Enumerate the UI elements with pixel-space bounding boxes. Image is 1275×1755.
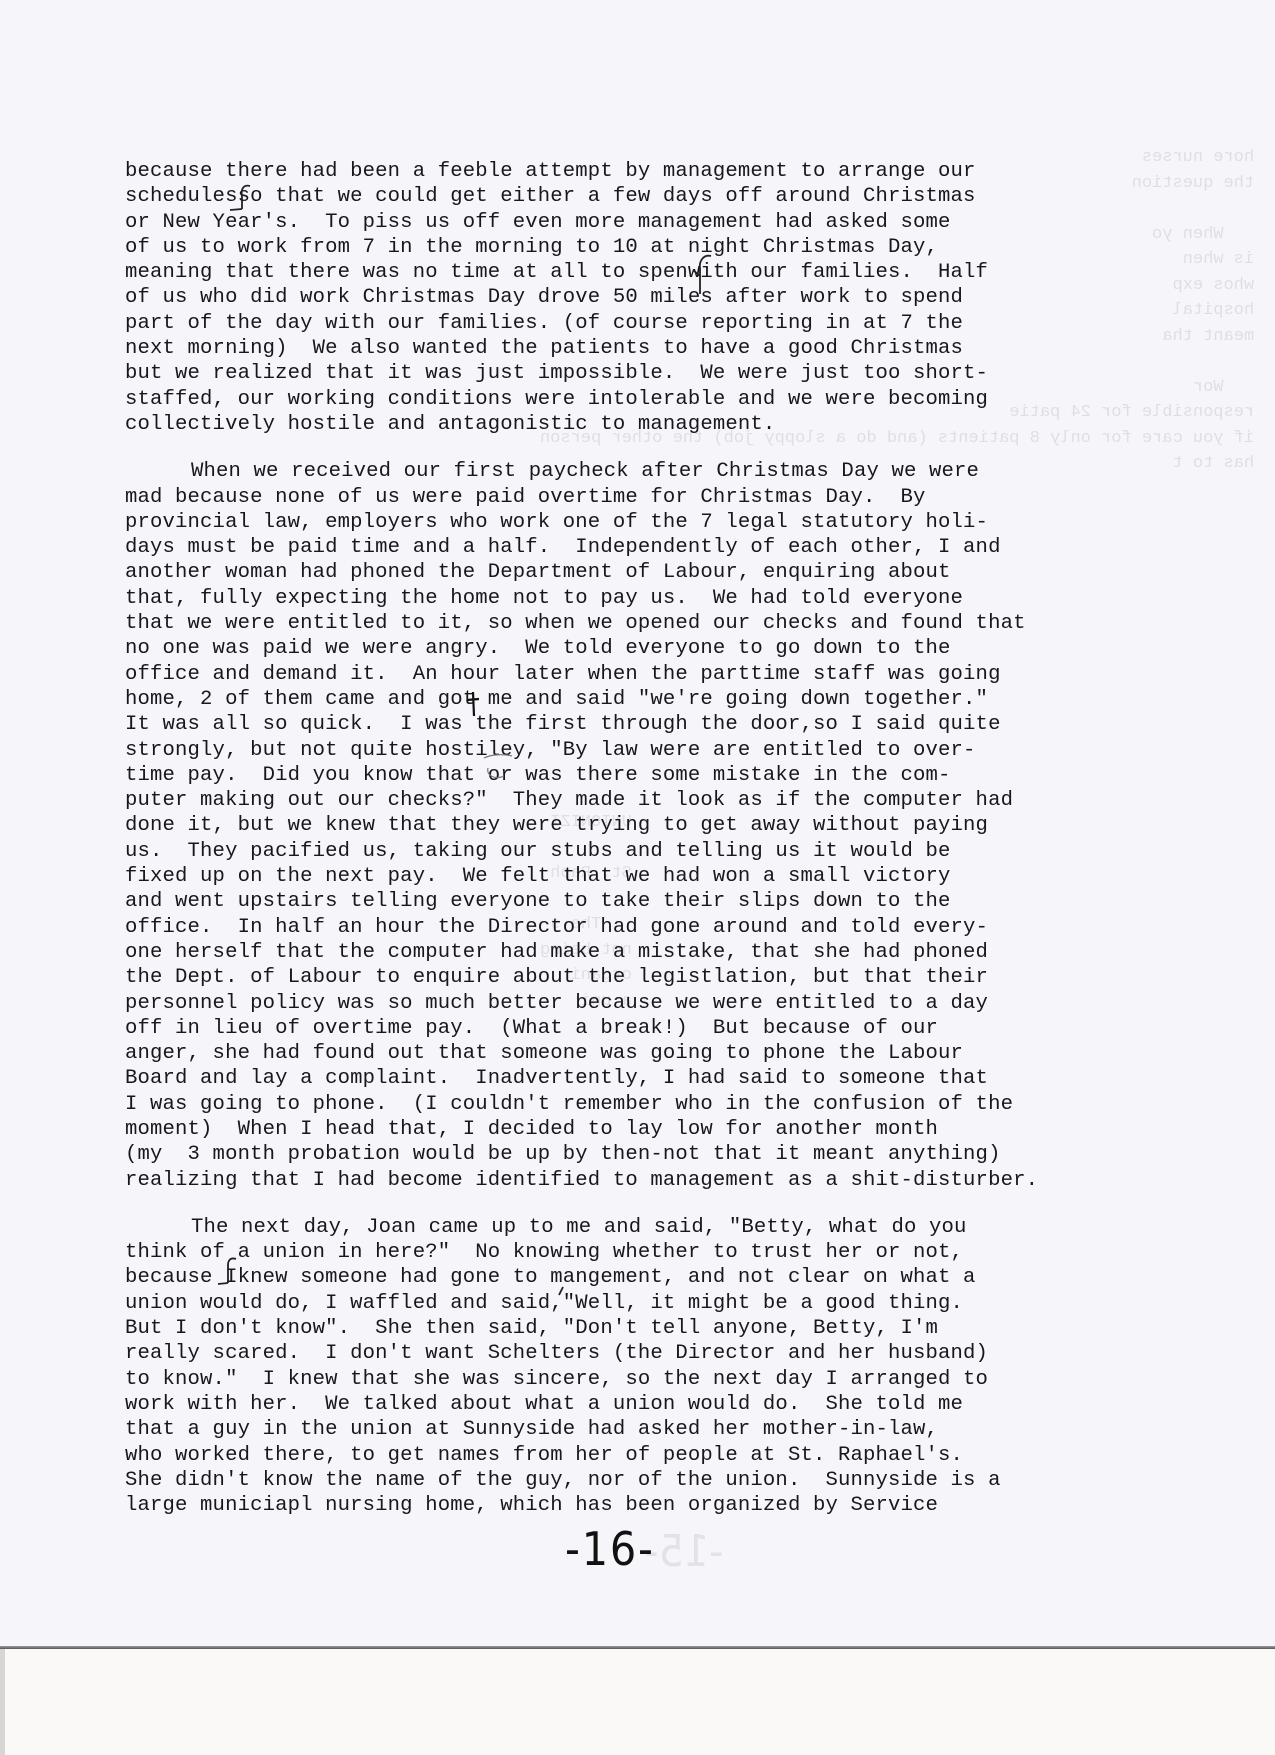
text-line: the Dept. of Labour to enquire about the… [125,965,1085,990]
text-line: another woman had phoned the Department … [125,560,1085,585]
text-line: fixed up on the next pay. We felt that w… [125,864,1085,889]
paragraph-gap [125,437,1085,459]
text-line: union would do, I waffled and said,"Well… [125,1291,1085,1316]
text-line: mad because none of us were paid overtim… [125,485,1085,510]
text-line: collectively hostile and antagonistic to… [125,412,1085,437]
text-line: office. In half an hour the Director had… [125,915,1085,940]
text-line: next morning) We also wanted the patient… [125,336,1085,361]
text-line: personnel policy was so much better beca… [125,991,1085,1016]
text-line: that a guy in the union at Sunnyside had… [125,1417,1085,1442]
text-line: but we realized that it was just impossi… [125,361,1085,386]
page-bottom-edge [0,1646,1275,1649]
page-number-show-through: -15- [644,1526,723,1577]
text-line: us. They pacified us, taking our stubs a… [125,839,1085,864]
text-line: off in lieu of overtime pay. (What a bre… [125,1016,1085,1041]
text-line: think of a union in here?" No knowing wh… [125,1240,1085,1265]
text-line: large municiapl nursing home, which has … [125,1493,1085,1518]
text-line: one herself that the computer had make a… [125,940,1085,965]
paragraph-gap [125,1193,1085,1215]
text-line: because there had been a feeble attempt … [125,159,1085,184]
text-line: done it, but we knew that they were tryi… [125,813,1085,838]
text-line: puter making out our checks?" They made … [125,788,1085,813]
page-number: -16- [565,1522,655,1576]
text-line: staffed, our working conditions were int… [125,387,1085,412]
text-line: home, 2 of them came and got me and said… [125,687,1085,712]
text-line: of us who did work Christmas Day drove 5… [125,285,1085,310]
text-line: that, fully expecting the home not to pa… [125,586,1085,611]
text-line: really scared. I don't want Schelters (t… [125,1341,1085,1366]
text-line: time pay. Did you know that or was there… [125,763,1085,788]
text-line: and went upstairs telling everyone to ta… [125,889,1085,914]
text-line: (my 3 month probation would be up by the… [125,1142,1085,1167]
text-line: When we received our first paycheck afte… [125,459,1085,484]
text-line: strongly, but not quite hostiley, "By la… [125,738,1085,763]
text-line: or New Year's. To piss us off even more … [125,210,1085,235]
text-line: moment) When I head that, I decided to l… [125,1117,1085,1142]
paragraph: The next day, Joan came up to me and sai… [125,1215,1085,1519]
text-line: It was all so quick. I was the first thr… [125,712,1085,737]
text-line: anger, she had found out that someone wa… [125,1041,1085,1066]
text-line: realizing that I had become identified t… [125,1168,1085,1193]
paragraph: because there had been a feeble attempt … [125,159,1085,437]
text-line: because Iknew someone had gone to mangem… [125,1265,1085,1290]
text-line: work with her. We talked about what a un… [125,1392,1085,1417]
text-line: Board and lay a complaint. Inadvertently… [125,1066,1085,1091]
text-line: who worked there, to get names from her … [125,1443,1085,1468]
text-line: She didn't know the name of the guy, nor… [125,1468,1085,1493]
scanned-page: hore nurses the question When yo is when… [0,0,1275,1648]
text-line: of us to work from 7 in the morning to 1… [125,235,1085,260]
scanner-shadow [0,1649,5,1755]
text-line: office and demand it. An hour later when… [125,662,1085,687]
text-line: I was going to phone. (I couldn't rememb… [125,1092,1085,1117]
text-line: part of the day with our families. (of c… [125,311,1085,336]
text-line: The next day, Joan came up to me and sai… [125,1215,1085,1240]
text-line: to know." I knew that she was sincere, s… [125,1367,1085,1392]
text-line: days must be paid time and a half. Indep… [125,535,1085,560]
text-line: that we were entitled to it, so when we … [125,611,1085,636]
text-line: schedulesso that we could get either a f… [125,184,1085,209]
paragraph: When we received our first paycheck afte… [125,459,1085,1193]
text-line: But I don't know". She then said, "Don't… [125,1316,1085,1341]
text-line: no one was paid we were angry. We told e… [125,636,1085,661]
text-line: provincial law, employers who work one o… [125,510,1085,535]
typed-body-text: because there had been a feeble attempt … [125,159,1085,1518]
text-line: meaning that there was no time at all to… [125,260,1085,285]
